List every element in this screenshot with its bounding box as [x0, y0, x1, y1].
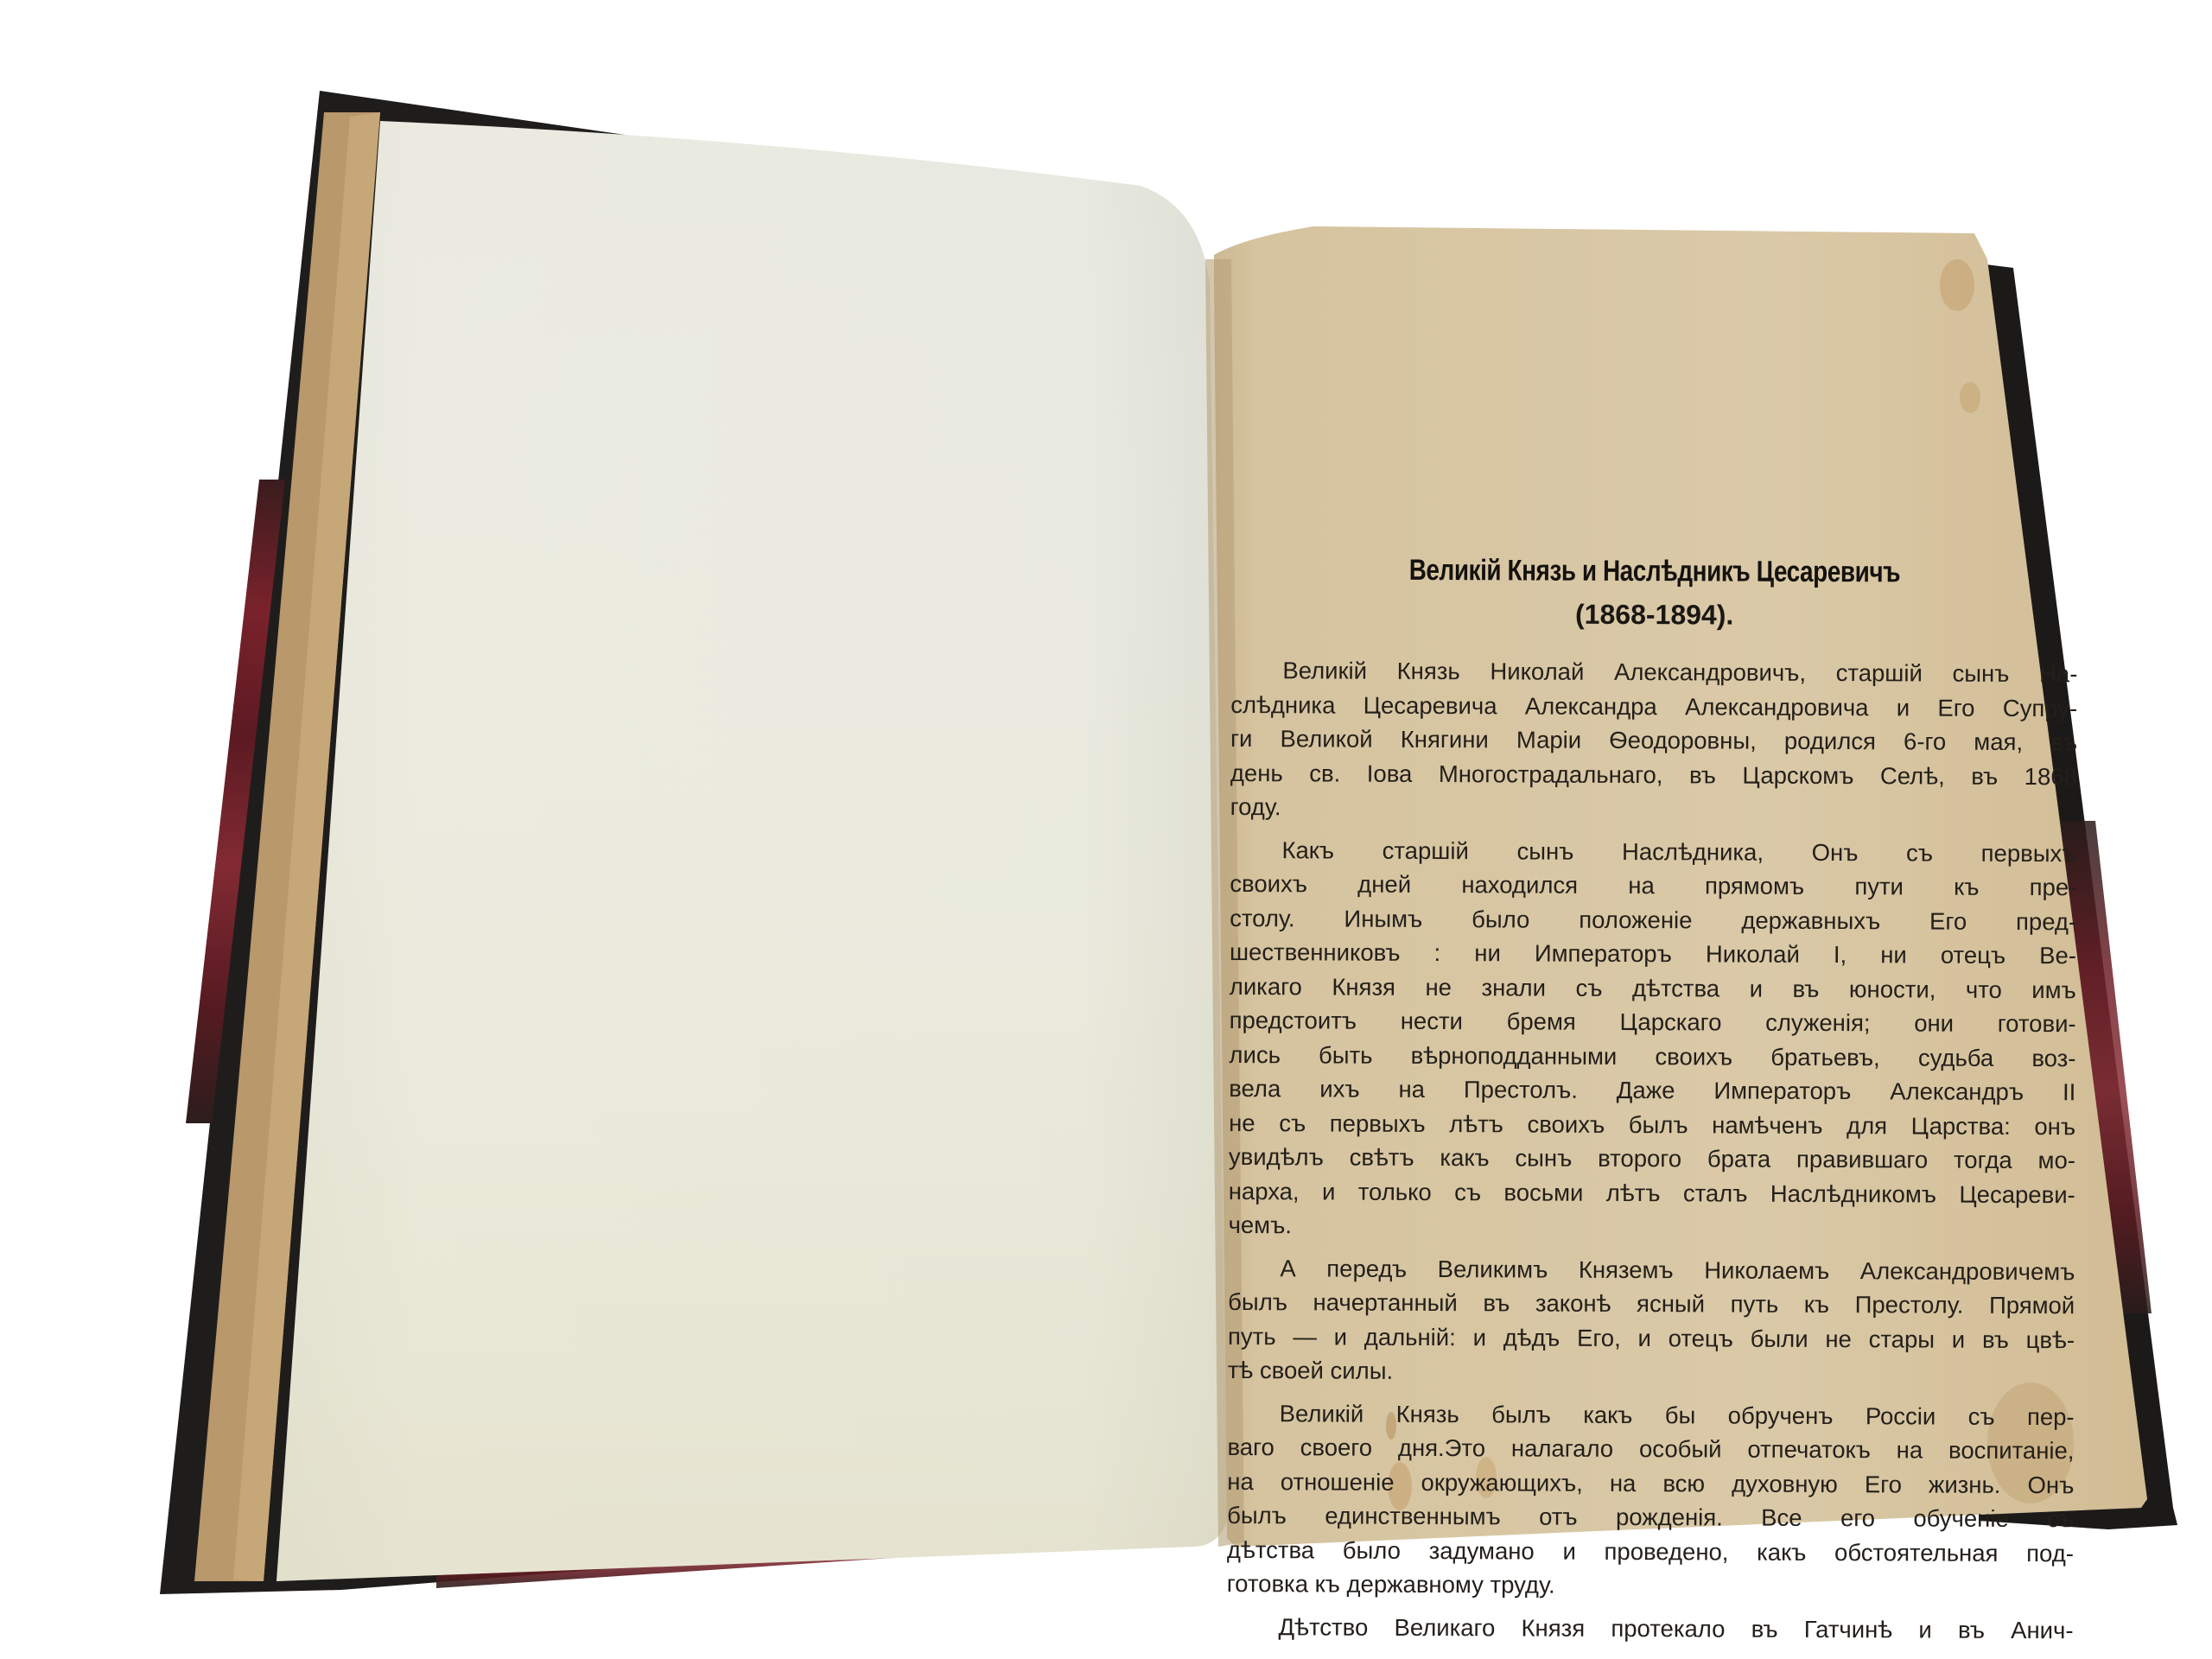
text-line: лись быть вѣрноподданными своихъ братьев…: [1229, 1037, 2075, 1075]
text-line: слѣдника Цесаревича Александра Александр…: [1230, 687, 2077, 725]
text-line: не съ первыхъ лѣтъ своихъ былъ намѣченъ …: [1229, 1105, 2075, 1143]
text-line: Какъ старшій сынъ Наслѣдника, Онъ съ пер…: [1230, 832, 2076, 870]
text-line: тѣ своей силы.: [1228, 1353, 2075, 1391]
paragraph: А передъ Великимъ Княземъ Николаемъ Алек…: [1228, 1250, 2075, 1390]
text-line: нарха, и только съ восьми лѣтъ сталъ Нас…: [1229, 1173, 2075, 1211]
text-line: вела ихъ на Престолъ. Даже Императоръ Ал…: [1229, 1071, 2075, 1109]
text-line: день св. Іова Многострадальнаго, въ Царс…: [1230, 755, 2077, 793]
text-line: шественниковъ : ни Императоръ Николай I,…: [1230, 935, 2076, 973]
text-line: Великій Князь Николай Александровичъ, ст…: [1230, 653, 2077, 691]
text-line: Дѣтство Великаго Князя протекало въ Гатч…: [1226, 1609, 2073, 1647]
text-line: на отношеніе окружающихъ, на всю духовну…: [1227, 1464, 2074, 1502]
text-line: путь — и дальній: и дѣдъ Его, и отецъ бы…: [1228, 1319, 2075, 1357]
text-line: году.: [1230, 790, 2077, 828]
text-line: готовка къ державному труду.: [1227, 1567, 2074, 1605]
paragraph: Великій Князь былъ какъ бы обрученъ Росс…: [1227, 1395, 2075, 1604]
text-line: столу. Инымъ было положеніе державныхъ Е…: [1230, 900, 2076, 938]
paragraph: Великій Князь Николай Александровичъ, ст…: [1230, 653, 2078, 828]
page-body: Великій Князь Николай Александровичъ, ст…: [1226, 653, 2077, 1647]
text-line: ликаго Князя не знали съ дѣтства и въ юн…: [1230, 969, 2076, 1007]
page-title: Великій Князь и Наслѣдникъ Цесаревичъ: [1307, 553, 2002, 590]
right-page-text: Великій Князь и Наслѣдникъ Цесаревичъ (1…: [1226, 553, 2078, 1656]
text-line: чемъ.: [1229, 1208, 2075, 1246]
text-line: былъ единственнымъ отъ рожденія. Все его…: [1227, 1498, 2074, 1536]
paragraph: Дѣтство Великаго Князя протекало въ Гатч…: [1226, 1609, 2073, 1647]
text-line: былъ начертанный въ законѣ ясный путь къ…: [1228, 1285, 2075, 1323]
text-line: ваго своего дня.Это налагало особый отпе…: [1227, 1430, 2074, 1468]
text-line: увидѣлъ свѣтъ какъ сынъ второго брата пр…: [1229, 1140, 2075, 1178]
text-line: Великій Князь былъ какъ бы обрученъ Росс…: [1228, 1395, 2075, 1433]
book-photo: Великій Князь и Наслѣдникъ Цесаревичъ (1…: [0, 0, 2212, 1659]
text-line: своихъ дней находился на прямомъ пути къ…: [1230, 867, 2076, 905]
paragraph: Какъ старшій сынъ Наслѣдника, Онъ съ пер…: [1229, 832, 2077, 1245]
text-line: А передъ Великимъ Княземъ Николаемъ Алек…: [1228, 1250, 2075, 1288]
text-line: дѣтства было задумано и проведено, какъ …: [1227, 1532, 2074, 1570]
text-line: предстоитъ нести бремя Царскаго служенія…: [1230, 1003, 2076, 1041]
text-line: ги Великой Княгини Маріи Ѳеодоровны, род…: [1230, 721, 2077, 760]
page-subtitle-years: (1868-1894).: [1231, 597, 2078, 632]
